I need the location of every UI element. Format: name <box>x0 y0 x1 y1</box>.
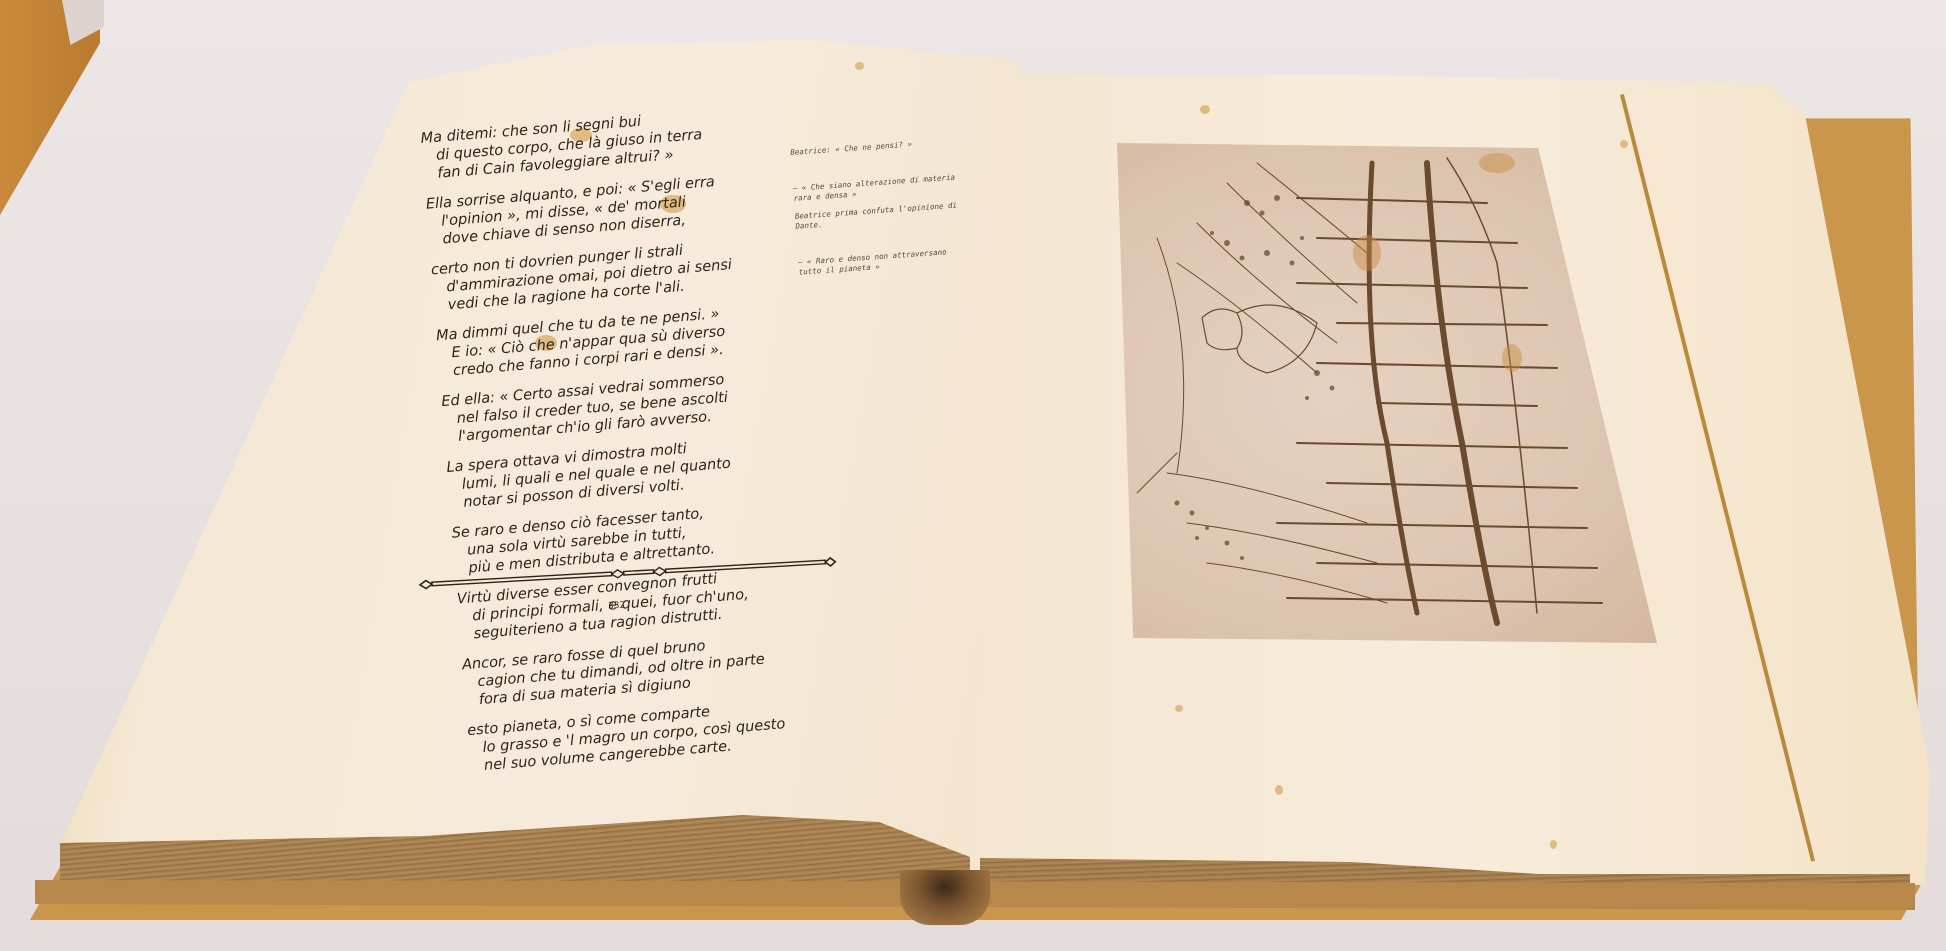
foxing-stain <box>1550 840 1557 849</box>
margin-note: Beatrice prima confuta l'opinione di Dan… <box>794 200 965 232</box>
foxing-stain <box>1200 105 1210 114</box>
foxing-stain <box>1620 140 1628 148</box>
margin-note: — « Che siano alterazione di materia rar… <box>793 172 964 204</box>
margin-note: — « Raro e denso non attraversano tutto … <box>798 246 969 278</box>
foxing-stain <box>855 62 864 70</box>
foxing-stain <box>1275 785 1283 795</box>
page-number: 332 <box>608 601 626 612</box>
book-spine <box>900 870 990 925</box>
foxing-stain <box>1175 705 1183 712</box>
margin-notes: Beatrice: « Che ne pensi? » — « Che sian… <box>790 136 970 303</box>
